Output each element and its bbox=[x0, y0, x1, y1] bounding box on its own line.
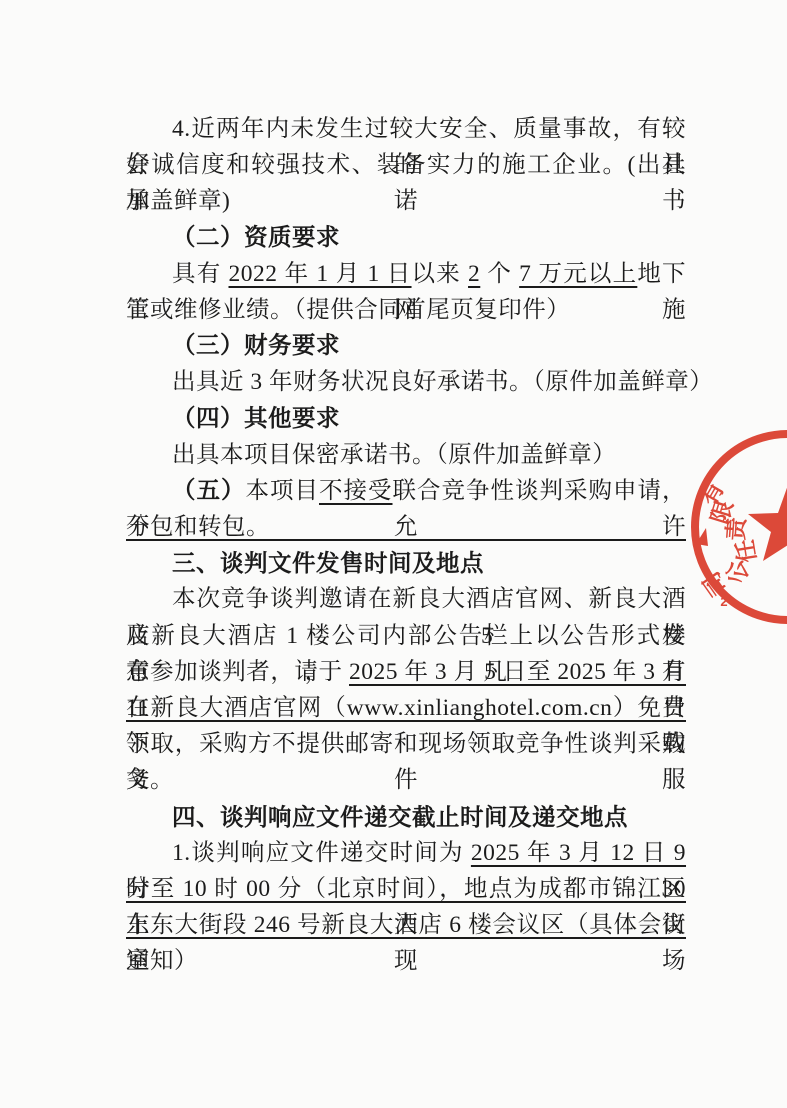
seal-ink-triangle bbox=[696, 528, 708, 546]
underlined-text: 分至 10 时 00 分 bbox=[126, 876, 303, 902]
text-segment: 出具本项目保密承诺书。（原件加盖鲜章） bbox=[172, 442, 616, 468]
text-segment: 工或维修业绩。（提供合同首尾页复印件） bbox=[126, 297, 570, 323]
text-line: 及新良大酒店 1 楼公司内部公告栏上以公告形式发布，凡有 bbox=[126, 618, 686, 654]
text-line: （三）财务要求 bbox=[126, 328, 686, 364]
seal-char: 司 bbox=[698, 567, 732, 601]
text-segment: 个 bbox=[480, 261, 519, 287]
text-segment: （四）其他要求 bbox=[172, 406, 340, 432]
text-segment: 本项目 bbox=[246, 478, 320, 504]
text-segment: （五） bbox=[172, 478, 246, 504]
text-line: 三、谈判文件发售时间及地点 bbox=[126, 545, 686, 581]
text-line: 领取，采购方不提供邮寄和现场领取竞争性谈判采购文件服 bbox=[126, 726, 686, 762]
text-line: 本次竞争谈判邀请在新良大酒店官网、新良大酒店 5 楼 bbox=[126, 581, 686, 617]
seal-ring bbox=[695, 434, 787, 620]
text-segment: 具有 bbox=[172, 261, 229, 287]
text-line: 出具本项目保密承诺书。（原件加盖鲜章） bbox=[126, 437, 686, 473]
document-body: 4.近两年内未发生过较大安全、质量事故，有较好的社会诚信度和较强技术、装备实力的… bbox=[126, 111, 686, 980]
text-segment: 通知） bbox=[126, 948, 198, 974]
underlined-text: 上东大街段 246 号新良大酒店 6 楼会议区 bbox=[126, 912, 565, 938]
underlined-text: 2 bbox=[468, 261, 480, 287]
text-line: （二）资质要求 bbox=[126, 220, 686, 256]
underlined-text: 7 万元以上 bbox=[519, 261, 637, 287]
seal-char: 公 bbox=[721, 556, 754, 587]
text-segment: （二）资质要求 bbox=[172, 225, 340, 251]
seal-digit: 2 bbox=[720, 594, 727, 609]
text-segment: （北京时间），地点为 bbox=[303, 876, 539, 902]
text-line: 分至 10 时 00 分（北京时间），地点为成都市锦江区东大街 bbox=[126, 871, 686, 907]
text-segment: 加盖鲜章) bbox=[126, 188, 230, 214]
text-segment: 联合竞争性谈判采购申请， bbox=[393, 478, 687, 504]
text-line: （四）其他要求 bbox=[126, 401, 686, 437]
seal-char: 限 bbox=[706, 497, 738, 527]
underlined-text: 2022 年 1 月 1 日 bbox=[229, 261, 412, 287]
text-segment: 领取，采购方不提供邮寄和现场领取竞争性谈判采购文件服 bbox=[126, 731, 686, 793]
text-line: 1.谈判响应文件递交时间为 2025 年 3 月 12 日 9 时 30 bbox=[126, 835, 686, 871]
text-line: （五）本项目不接受联合竞争性谈判采购申请，不允许 bbox=[126, 473, 686, 509]
text-line: 4.近两年内未发生过较大安全、质量事故，有较好的社 bbox=[126, 111, 686, 147]
text-segment: 四、谈判响应文件递交截止时间及递交地点 bbox=[172, 804, 628, 830]
document-page: 4.近两年内未发生过较大安全、质量事故，有较好的社会诚信度和较强技术、装备实力的… bbox=[0, 0, 787, 1108]
text-line: 四、谈判响应文件递交截止时间及递交地点 bbox=[126, 799, 686, 835]
text-segment: 1.谈判响应文件递交时间为 bbox=[172, 840, 471, 866]
text-segment: （三）财务要求 bbox=[172, 333, 340, 359]
underlined-text: 不接受 bbox=[319, 478, 393, 504]
text-line: 在新良大酒店官网（www.xinlianghotel.com.cn）免费下载 bbox=[126, 690, 686, 726]
text-segment: 务。 bbox=[126, 767, 174, 793]
text-segment: 以来 bbox=[412, 261, 469, 287]
seal-char: 责 bbox=[722, 515, 750, 542]
text-segment: 意参加谈判者，请于 bbox=[126, 659, 349, 685]
seal-char: 任 bbox=[731, 538, 760, 565]
text-line: 意参加谈判者，请于 2025 年 3 月 5 日至 2025 年 3 月 11 … bbox=[126, 654, 686, 690]
text-segment: 三、谈判文件发售时间及地点 bbox=[172, 550, 484, 576]
text-line: 出具近 3 年财务状况良好承诺书。（原件加盖鲜章） bbox=[126, 364, 686, 400]
text-line: 上东大街段 246 号新良大酒店 6 楼会议区（具体会议室现场 bbox=[126, 907, 686, 943]
text-line: 会诚信度和较强技术、装备实力的施工企业。(出具承诺书 bbox=[126, 147, 686, 183]
text-segment: 分包和转包。 bbox=[126, 514, 270, 540]
text-segment: 出具近 3 年财务状况良好承诺书。（原件加盖鲜章） bbox=[172, 369, 713, 395]
seal-char: 有 bbox=[695, 477, 729, 510]
text-line: 具有 2022 年 1 月 1 日以来 2 个 7 万元以上地下管网施 bbox=[126, 256, 686, 292]
seal-star-icon bbox=[748, 485, 787, 561]
